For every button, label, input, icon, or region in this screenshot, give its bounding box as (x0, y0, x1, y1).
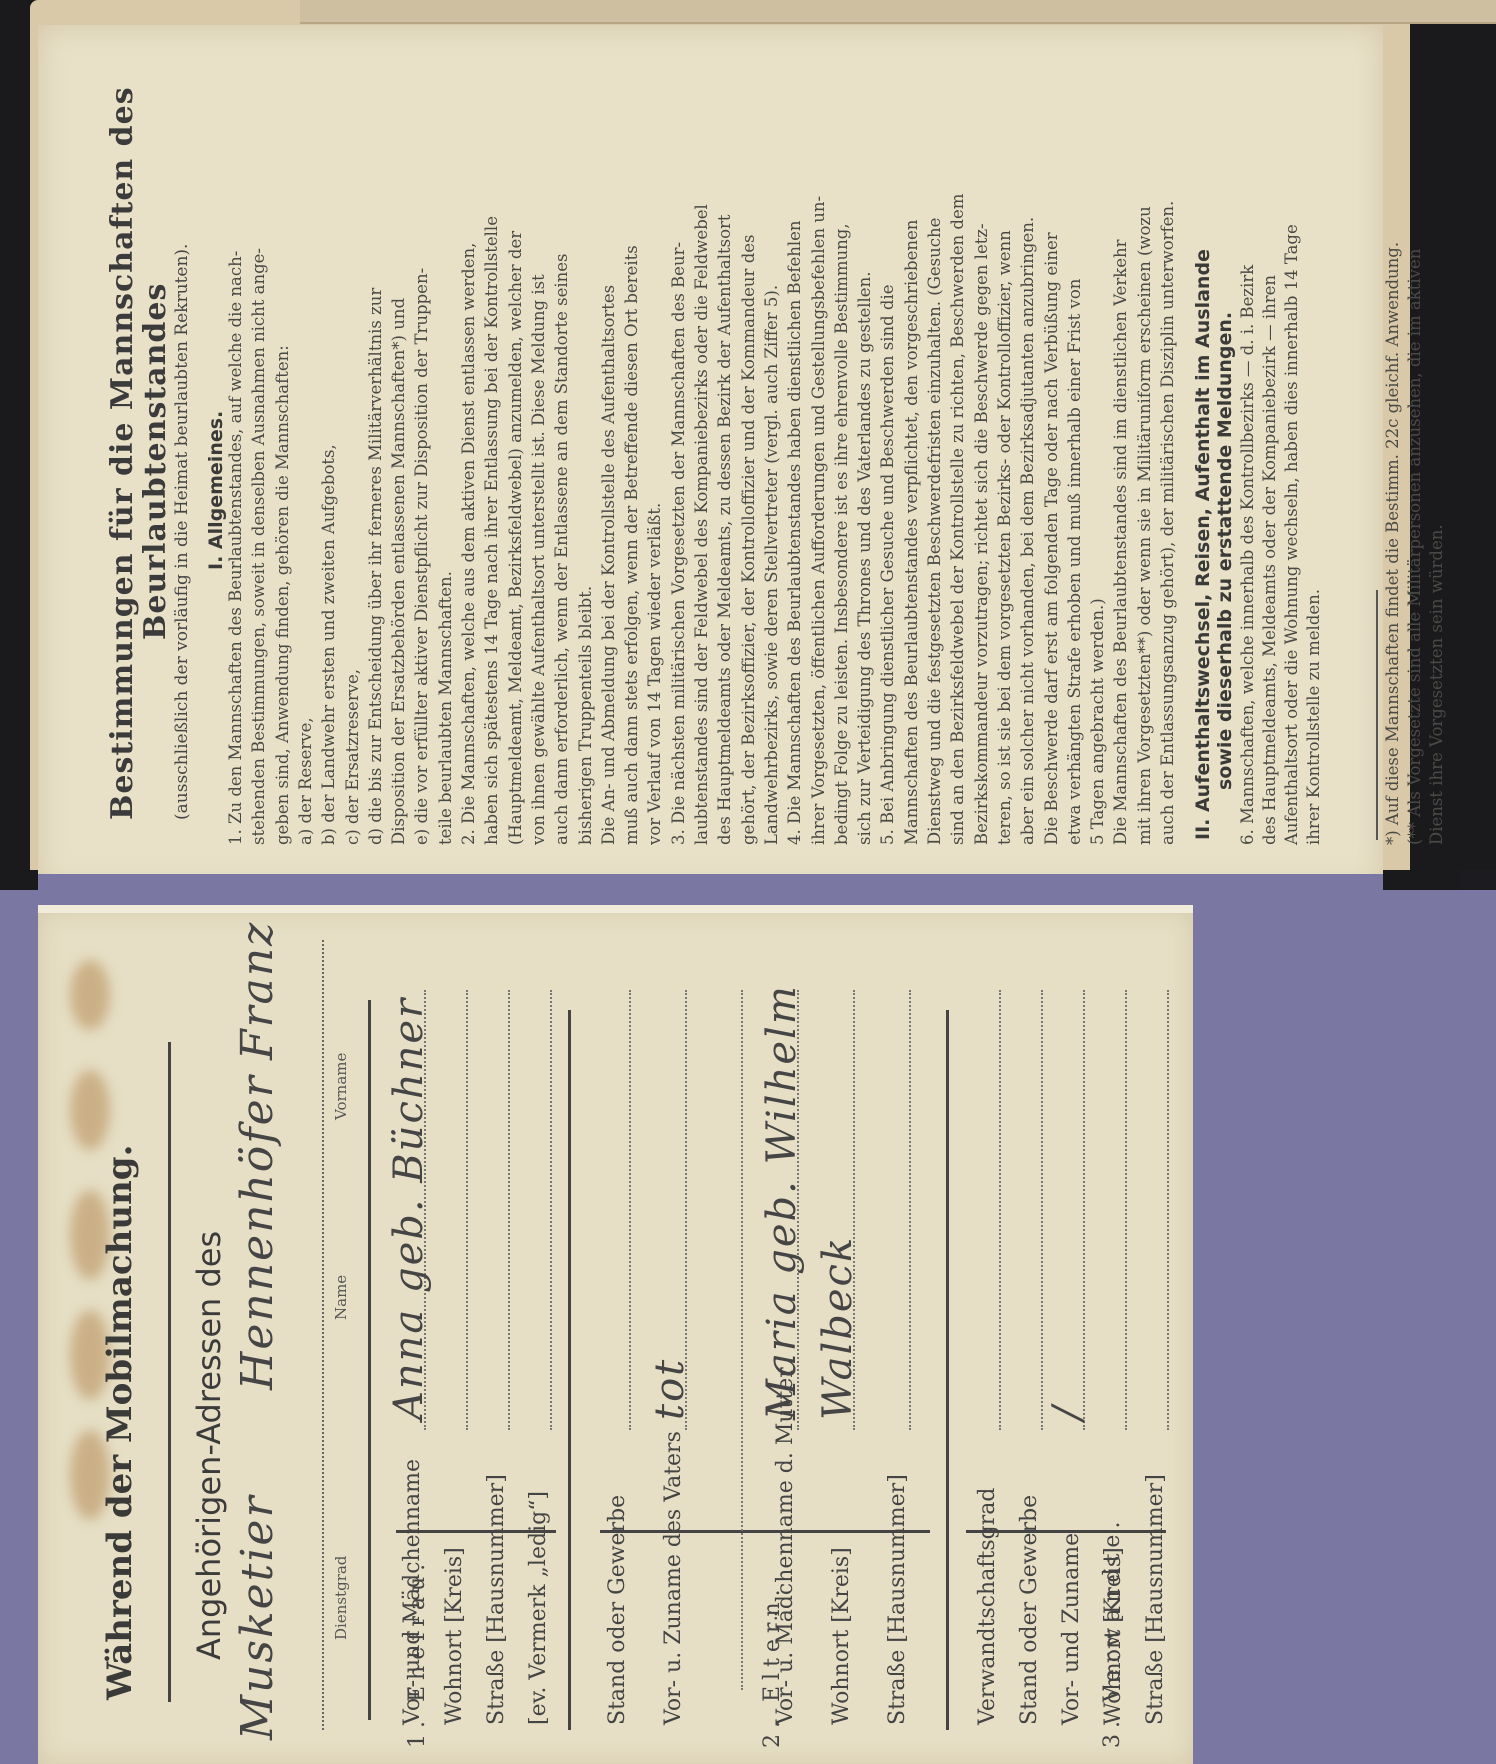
text-line: 3. Die nächsten militärischen Vorgesetzt… (671, 242, 688, 845)
binding-spine (38, 874, 1383, 890)
field-input-line[interactable] (1167, 990, 1169, 1430)
field-input-line[interactable] (629, 990, 631, 1430)
text-line: 5 Tagen angebracht werden.) (1090, 598, 1107, 845)
field-handwritten-value: tot (647, 1358, 693, 1420)
mobilization-header: Während der Mobilmachung. (100, 1145, 140, 1700)
section-bracket (600, 1530, 930, 1533)
field-handwritten-value: Anna geb. Büchner (386, 997, 432, 1420)
text-line: teile beurlaubten Mannschaften. (438, 571, 455, 845)
rank-label: Dienstgrad (332, 1556, 350, 1640)
form-title: Angehörigen-Adressen des (190, 1231, 228, 1660)
text-line: sind an den Bezirksfeldwebel der Kontrol… (950, 194, 967, 845)
firstname-handwritten: Franz (232, 921, 283, 1060)
text-line: ihrer Vorgesetzten, öffentlichen Aufford… (811, 196, 828, 845)
text-line: vor Verlauf von 14 Tagen wieder verläßt. (647, 503, 664, 845)
field-label: Straße [Hausnummer] (484, 1474, 509, 1725)
text-line: muß auch dann stets erfolgen, wenn der B… (624, 245, 641, 845)
text-line: Die An- und Abmeldung bei der Kontrollst… (601, 285, 618, 845)
text-line: von ihnen gewählte Aufenthaltsort unters… (531, 274, 548, 845)
regulations-title-line2: Beurlaubtenstandes (138, 283, 173, 640)
field-input-line[interactable] (741, 990, 743, 1690)
field-label: Wohnort [Kreis] (442, 1547, 467, 1725)
text-line: e) die vor erfüllter aktiver Dienstpflic… (414, 268, 431, 845)
text-line: sich zur Verteidigung des Thrones und de… (857, 272, 874, 845)
text-line: 4. Die Mannschaften des Beurlaubtenstand… (787, 220, 804, 845)
section-divider (568, 1010, 571, 1730)
regulations-subtitle: (ausschließlich der vorläufig in die Hei… (172, 244, 192, 820)
text-line: gehört, der Bezirksoffizier, der Kontrol… (741, 235, 758, 845)
text-line: b) der Landwehr ersten und zweiten Aufge… (321, 444, 338, 845)
text-line: 2. Die Mannschaften, welche aus dem akti… (461, 243, 478, 845)
text-line: auch dann erforderlich, wenn der Entlass… (554, 254, 571, 846)
field-input-line[interactable] (466, 990, 468, 1430)
text-line: Bezirkskommandeur vorzutragen; richtet s… (974, 223, 991, 845)
footnote-rule (1376, 590, 1378, 840)
field-input-line[interactable] (550, 990, 552, 1430)
text-line: Dienst ihre Vorgesetzten sein würden. (1429, 524, 1446, 845)
text-line: aber ein solcher nicht vorhanden, bei de… (1020, 217, 1037, 845)
field-label: Wohnort [Kreis] (829, 1547, 854, 1725)
stain-mark (70, 960, 110, 1030)
text-line: Die Beschwerde darf erst am folgenden Ta… (1044, 232, 1061, 845)
dotted-line (322, 940, 326, 1730)
section-divider (368, 1000, 371, 1720)
field-label: Verwandtschaftsgrad (975, 1488, 1000, 1725)
text-line: c) der Ersatzreserve, (345, 669, 362, 845)
section-heading-residence: II. Aufenthaltswechsel, Reisen, Aufentha… (1192, 249, 1214, 840)
text-line: Aufenthaltsort oder die Wohnung wechseln… (1284, 224, 1301, 845)
section-heading-general: I. Allgemeines. (205, 411, 227, 570)
text-line: stehenden Bestimmungen, soweit in densel… (251, 248, 268, 845)
text-line: laubtenstandes sind der Feldwebel des Ko… (694, 204, 711, 845)
text-line: bisherigen Truppenteils bleibt. (578, 586, 595, 845)
field-handwritten-value: Walbeck (815, 1236, 861, 1420)
text-line: geben sind, Anwendung finden, gehören di… (275, 345, 292, 845)
field-input-line[interactable] (508, 990, 510, 1430)
text-line: bedingt Folge zu leisten. Insbesondere i… (834, 223, 851, 845)
text-line: 6. Mannschaften, welche innerhalb des Ko… (1240, 265, 1257, 845)
field-input-line[interactable] (1041, 990, 1043, 1430)
rank-handwritten: Musketier (232, 1495, 283, 1741)
field-label: Straße [Hausnummer] (885, 1474, 910, 1725)
field-input-line[interactable] (909, 990, 911, 1430)
field-input-line[interactable] (1083, 990, 1085, 1430)
field-label: Wohnort [Kreis] (1101, 1547, 1126, 1725)
text-line: (Hauptmeldeamt, Meldeamt, Bezirksfeldweb… (508, 231, 525, 845)
field-label: Stand oder Gewerbe (605, 1495, 630, 1725)
text-line: d) die bis zur Entscheidung über ihr fer… (368, 288, 385, 845)
text-line: a) der Reserve, (298, 717, 315, 845)
text-line: des Hauptmeldeamts oder Meldeamts, zu de… (717, 214, 734, 845)
text-line: Disposition der Ersatzbehörden entlassen… (391, 298, 408, 845)
field-label: Vor- u. Mädchenname d. Mutter (773, 1367, 798, 1725)
text-line: teren, so ist sie bei dem vorgesetzten B… (997, 230, 1014, 845)
name-label: Name (332, 1275, 350, 1320)
header-underline (168, 1042, 171, 1702)
text-line: Die Mannschaften des Beurlaubtenstandes … (1113, 240, 1130, 845)
field-input-line[interactable] (999, 990, 1001, 1430)
text-line: *) Auf diese Mannschaften findet die Bes… (1385, 242, 1402, 845)
section-divider (946, 1010, 949, 1730)
text-line: Landwehrbezirks, sowie deren Stellvertre… (764, 285, 781, 845)
field-label: Stand oder Gewerbe (1017, 1495, 1042, 1725)
text-line: mit ihren Vorgesetzten**) oder wenn sie … (1137, 206, 1154, 845)
section-heading-residence-line2: sowie dieserhalb zu erstattende Meldunge… (1214, 312, 1236, 790)
text-line: auch der Entlassungsanzug gehört), der m… (1160, 201, 1177, 845)
stain-mark (70, 1070, 110, 1150)
text-line: Dienstweg und die festgesetzten Beschwer… (927, 218, 944, 845)
surname-handwritten: Hennenhöfer (232, 1074, 283, 1390)
field-label: Vor- und Zuname (1059, 1533, 1084, 1725)
field-label: [ev. Vermerk „ledig“] (526, 1491, 551, 1725)
text-line: Mannschaften des Beurlaubtenstandes verp… (904, 220, 921, 845)
text-line: (** Als Vorgesetzte sind alle Militärper… (1407, 249, 1424, 845)
field-label: Vor- u. Zuname des Vaters (661, 1431, 686, 1725)
field-label: Vor- und Mädchenname (400, 1459, 425, 1725)
field-handwritten-value: Maria geb. Wilhelm (759, 984, 805, 1420)
page-edge-strip (300, 0, 1496, 24)
text-line: ihrer Kontrollstelle zu melden. (1306, 589, 1323, 845)
text-line: 1. Zu den Mannschaften des Beurlaubtenst… (228, 251, 245, 845)
field-label: Straße [Hausnummer] (1143, 1474, 1168, 1725)
field-handwritten-value: / (1045, 1405, 1091, 1420)
text-line: des Hauptmeldeamts, Meldeamts oder der K… (1262, 275, 1279, 845)
text-line: etwa verhängten Strafe erhoben und muß i… (1067, 279, 1084, 845)
regulations-title: Bestimmungen für die Mannschaften des (105, 86, 140, 820)
text-line: haben sich spätestens 14 Tage nach ihrer… (484, 216, 501, 845)
text-line: 5. Bei Anbringung dienstlicher Gesuche u… (880, 284, 897, 845)
firstname-label: Vorname (332, 1053, 350, 1120)
field-input-line[interactable] (1125, 990, 1127, 1430)
page-fold (38, 905, 1193, 913)
